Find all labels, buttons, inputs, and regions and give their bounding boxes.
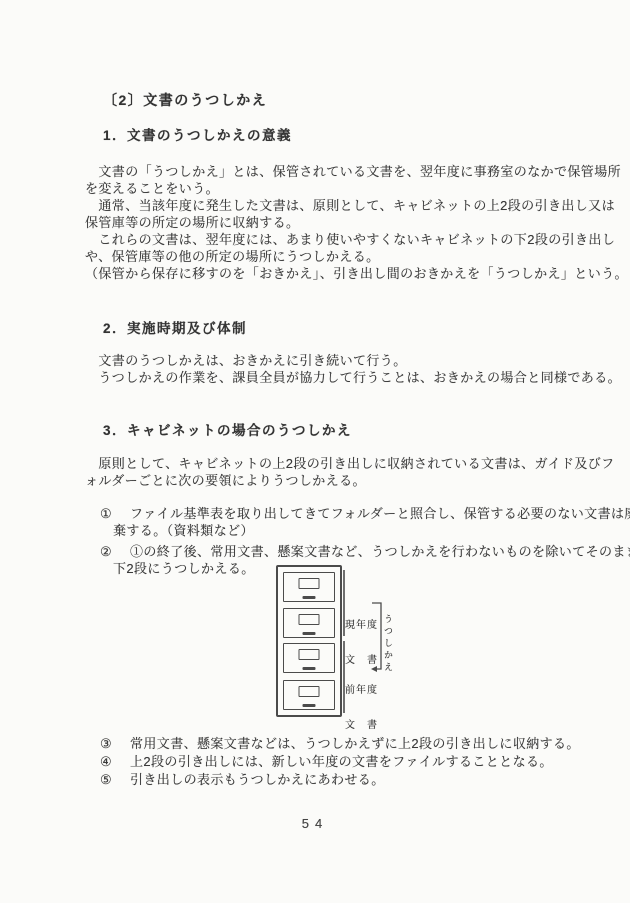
drawer-label-card (299, 686, 320, 697)
list-marker: ④ (100, 753, 112, 770)
page-title: 〔2〕文書のうつしかえ (103, 90, 267, 110)
paragraph-line: を変えることをいう。 (85, 180, 628, 197)
paragraph-line: うつしかえの作業を、課員全員が協力して行うことは、おきかえの場合と同様である。 (85, 369, 621, 386)
paragraph-line: 通常、当該年度に発生した文書は、原則として、キャビネットの上2段の引き出し又は (85, 197, 628, 214)
section2-paragraph: 文書のうつしかえは、おきかえに引き続いて行う。 うつしかえの作業を、課員全員が協… (85, 352, 621, 386)
list-item-text: ファイル基準表を取り出してきてフォルダーと照合し、保管する必要のない文書は廃 (130, 505, 630, 522)
cabinet-drawer (283, 608, 335, 638)
document-page: 〔2〕文書のうつしかえ 1．文書のうつしかえの意義 文書の「うつしかえ」とは、保… (0, 0, 630, 903)
paragraph-line: 文書のうつしかえは、おきかえに引き続いて行う。 (85, 352, 621, 369)
section3-paragraph: 原則として、キャビネットの上2段の引き出しに収納されている文書は、ガイド及びフ … (85, 455, 615, 489)
paragraph-line: これらの文書は、翌年度には、あまり使いやすくないキャビネットの下2段の引き出し (85, 231, 628, 248)
list-item-text: 常用文書、懸案文書などは、うつしかえずに上2段の引き出しに収納する。 (130, 735, 580, 752)
list-marker: ① (100, 505, 112, 522)
paragraph-line: 保管庫等の所定の場所に収納する。 (85, 214, 628, 231)
section2-title: 2．実施時期及び体制 (103, 317, 247, 337)
list-marker: ⑤ (100, 771, 112, 788)
cabinet-drawer (283, 572, 335, 602)
drawer-label-card (299, 614, 320, 625)
paragraph-line: 原則として、キャビネットの上2段の引き出しに収納されている文書は、ガイド及びフ (85, 455, 615, 472)
drawer-label-card (299, 649, 320, 660)
paragraph-line: ォルダーごとに次の要領によりうつしかえる。 (85, 472, 615, 489)
list-marker: ③ (100, 735, 112, 752)
list-item-text: 引き出しの表示もうつしかえにあわせる。 (130, 771, 385, 788)
transfer-label: うつしかえ (382, 614, 395, 674)
page-number: 54 (0, 816, 630, 831)
section1-title: 1．文書のうつしかえの意義 (103, 124, 292, 144)
list-item-text: 棄する。（資料類など） (113, 522, 254, 539)
drawer-label-card (299, 578, 320, 589)
list-item-text: 下2段にうつしかえる。 (113, 560, 255, 577)
drawer-handle-icon (303, 667, 316, 670)
drawer-handle-icon (303, 704, 316, 707)
list-item-text: 上2段の引き出しには、新しい年度の文書をファイルすることとなる。 (130, 753, 553, 770)
paragraph-line: や、保管庫等の他の所定の場所にうつしかえる。 (85, 248, 628, 265)
section1-paragraph: 文書の「うつしかえ」とは、保管されている文書を、翌年度に事務室のなかで保管場所 … (85, 163, 628, 282)
paragraph-line: 文書の「うつしかえ」とは、保管されている文書を、翌年度に事務室のなかで保管場所 (85, 163, 628, 180)
drawer-handle-icon (303, 632, 316, 635)
cabinet-drawer (283, 643, 335, 673)
drawer-handle-icon (303, 596, 316, 599)
section3-title: 3．キャビネットの場合のうつしかえ (103, 419, 352, 439)
list-item-text: ①の終了後、常用文書、懸案文書など、うつしかえを行わないものを除いてそのまま、 (130, 543, 630, 560)
list-marker: ② (100, 543, 112, 560)
paragraph-line: （保管から保存に移すのを「おきかえ」、引き出し間のおきかえを「うつしかえ」という… (85, 265, 628, 282)
cabinet-drawer (283, 680, 335, 710)
cabinet-diagram (276, 565, 342, 717)
